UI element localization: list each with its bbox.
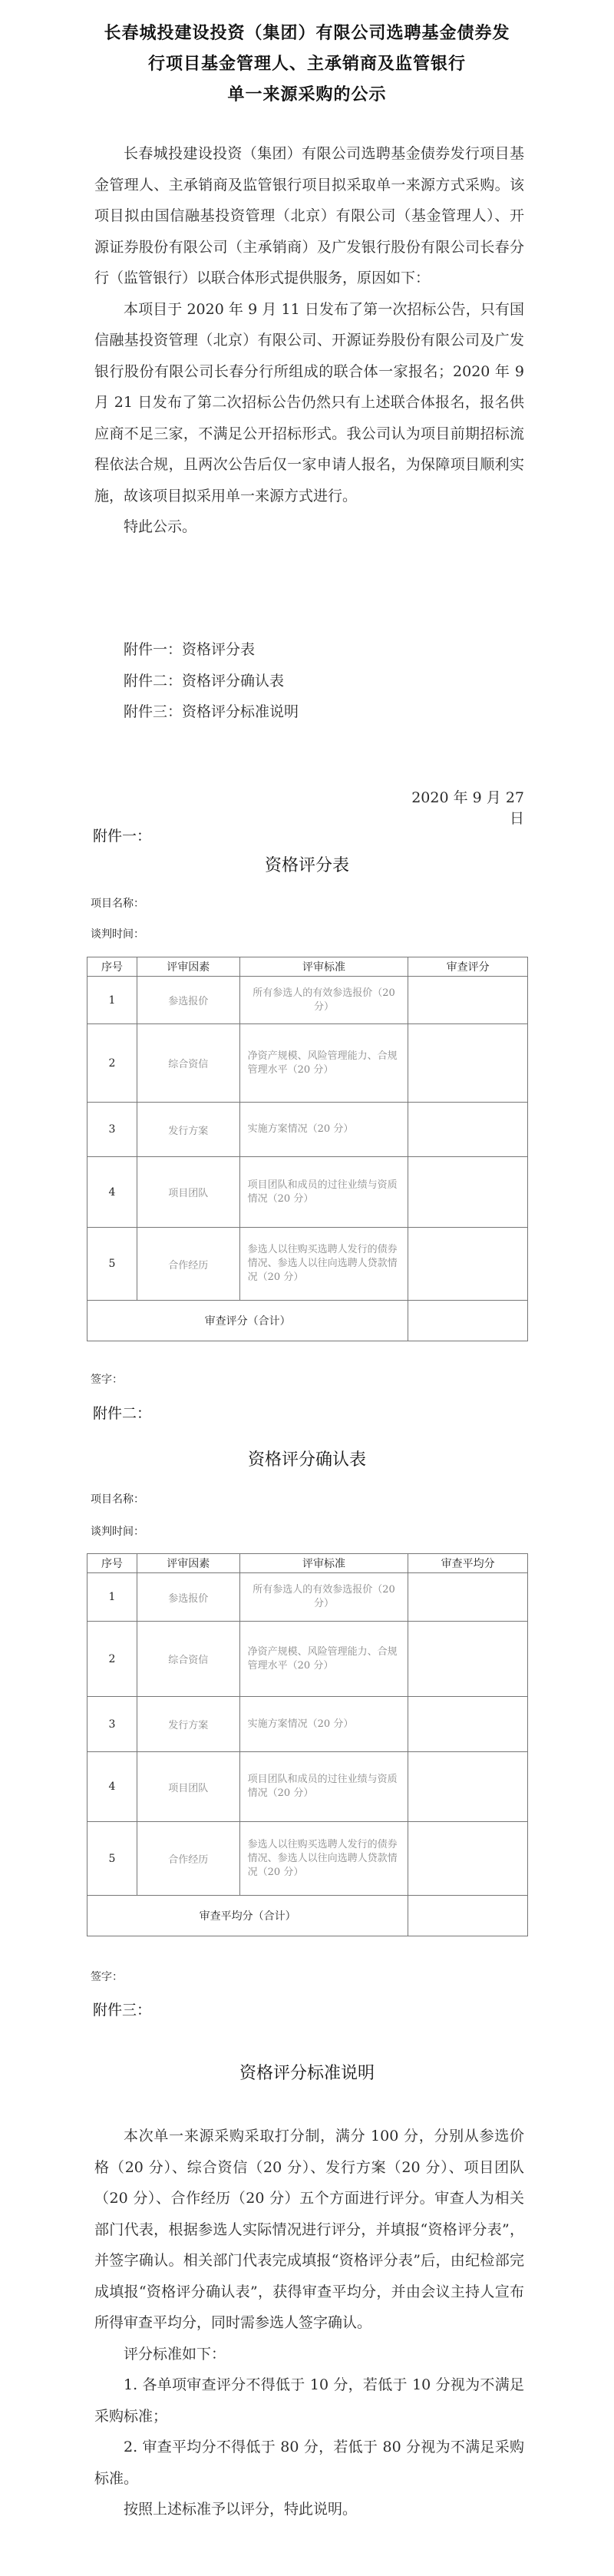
- standard-paragraph-1: 本次单一来源采购采取打分制，满分 100 分，分别从参选价格（20 分）、综合资…: [94, 2121, 524, 2339]
- notice-title-line-1: 长春城投建设投资（集团）有限公司选聘基金债券发: [0, 20, 614, 44]
- standard-rule-2: 2. 审查平均分不得低于 80 分，若低于 80 分视为不满足采购标准。: [94, 2432, 524, 2494]
- notice-title-line-3: 单一来源采购的公示: [0, 81, 614, 105]
- attachment-list-item-1: 附件一：资格评分表: [124, 634, 299, 666]
- row-index: 4: [87, 1752, 137, 1822]
- notice-body: 长春城投建设投资（集团）有限公司选聘基金债券发行项目基金管理人、主承销商及监管银…: [94, 138, 524, 543]
- row-average-cell[interactable]: [408, 1822, 528, 1896]
- row-score-cell[interactable]: [408, 1103, 528, 1157]
- row-criteria: 实施方案情况（20 分）: [239, 1697, 408, 1752]
- row-factor: 综合资信: [137, 1024, 239, 1103]
- column-header-score: 审查评分: [408, 957, 528, 977]
- attachment1-negotiation-time-label: 谈判时间：: [91, 926, 144, 941]
- table-row: 4 项目团队 项目团队和成员的过往业绩与资质情况（20 分）: [87, 1752, 528, 1822]
- row-criteria: 净资产规模、风险管理能力、合规管理水平（20 分）: [239, 1622, 408, 1697]
- table-row: 3 发行方案 实施方案情况（20 分）: [87, 1697, 528, 1752]
- notice-paragraph-1: 长春城投建设投资（集团）有限公司选聘基金债券发行项目基金管理人、主承销商及监管银…: [94, 138, 524, 294]
- column-header-average-score: 审查平均分: [408, 1554, 528, 1573]
- row-index: 3: [87, 1697, 137, 1752]
- standard-paragraph-2: 评分标准如下：: [94, 2339, 524, 2370]
- attachment2-title: 资格评分确认表: [0, 1447, 614, 1470]
- table-row: 5 合作经历 参选人以往购买选聘人发行的债券情况、参选人以往向选聘人贷款情况（2…: [87, 1228, 528, 1301]
- table-row: 1 参选报价 所有参选人的有效参选报价（20 分）: [87, 977, 528, 1024]
- table-row: 5 合作经历 参选人以往购买选聘人发行的债券情况、参选人以往向选聘人贷款情况（2…: [87, 1822, 528, 1896]
- table-row: 4 项目团队 项目团队和成员的过往业绩与资质情况（20 分）: [87, 1157, 528, 1228]
- table-row: 3 发行方案 实施方案情况（20 分）: [87, 1103, 528, 1157]
- row-factor: 综合资信: [137, 1622, 239, 1697]
- row-index: 2: [87, 1024, 137, 1103]
- row-criteria: 所有参选人的有效参选报价（20 分）: [239, 1573, 408, 1622]
- total-label: 审查评分（合计）: [87, 1301, 408, 1341]
- total-label: 审查平均分（合计）: [87, 1896, 408, 1936]
- row-average-cell[interactable]: [408, 1697, 528, 1752]
- row-index: 1: [87, 1573, 137, 1622]
- row-criteria: 参选人以往购买选聘人发行的债券情况、参选人以往向选聘人贷款情况（20 分）: [239, 1228, 408, 1301]
- row-criteria: 净资产规模、风险管理能力、合规管理水平（20 分）: [239, 1024, 408, 1103]
- row-score-cell[interactable]: [408, 1157, 528, 1228]
- column-header-factor: 评审因素: [137, 1554, 239, 1573]
- row-index: 5: [87, 1822, 137, 1896]
- row-index: 3: [87, 1103, 137, 1157]
- total-score-cell[interactable]: [408, 1301, 528, 1341]
- scoring-table: 序号 评审因素 评审标准 审查评分 1 参选报价 所有参选人的有效参选报价（20…: [87, 957, 528, 1341]
- attachment1-label: 附件一：: [93, 825, 151, 845]
- column-header-index: 序号: [87, 1554, 137, 1573]
- total-average-cell[interactable]: [408, 1896, 528, 1936]
- attachment1-title: 资格评分表: [0, 852, 614, 876]
- attachment2-label: 附件二：: [93, 1402, 151, 1423]
- standard-rule-1: 1. 各单项审查评分不得低于 10 分，若低于 10 分视为不满足采购标准；: [94, 2369, 524, 2432]
- row-criteria: 参选人以往购买选聘人发行的债券情况、参选人以往向选聘人贷款情况（20 分）: [239, 1822, 408, 1896]
- row-score-cell[interactable]: [408, 1024, 528, 1103]
- row-factor: 合作经历: [137, 1228, 239, 1301]
- attachment1-sign-label: 签字：: [91, 1371, 123, 1387]
- attachment3-title: 资格评分标准说明: [0, 2060, 614, 2084]
- row-average-cell[interactable]: [408, 1622, 528, 1697]
- row-factor: 参选报价: [137, 977, 239, 1024]
- attachment2-sign-label: 签字：: [91, 1969, 123, 1984]
- row-index: 5: [87, 1228, 137, 1301]
- table-total-row: 审查平均分（合计）: [87, 1896, 528, 1936]
- row-score-cell[interactable]: [408, 1228, 528, 1301]
- column-header-criteria: 评审标准: [239, 957, 408, 977]
- row-factor: 参选报价: [137, 1573, 239, 1622]
- row-criteria: 项目团队和成员的过往业绩与资质情况（20 分）: [239, 1157, 408, 1228]
- row-index: 2: [87, 1622, 137, 1697]
- attachment-list: 附件一：资格评分表 附件二：资格评分确认表 附件三：资格评分标准说明: [124, 634, 299, 728]
- row-factor: 合作经历: [137, 1822, 239, 1896]
- row-average-cell[interactable]: [408, 1752, 528, 1822]
- row-factor: 项目团队: [137, 1752, 239, 1822]
- row-average-cell[interactable]: [408, 1573, 528, 1622]
- row-score-cell[interactable]: [408, 977, 528, 1024]
- table-header-row: 序号 评审因素 评审标准 审查评分: [87, 957, 528, 977]
- attachment3-body: 本次单一来源采购采取打分制，满分 100 分，分别从参选价格（20 分）、综合资…: [94, 2121, 524, 2525]
- attachment-list-item-2: 附件二：资格评分确认表: [124, 666, 299, 697]
- table-row: 1 参选报价 所有参选人的有效参选报价（20 分）: [87, 1573, 528, 1622]
- row-index: 1: [87, 977, 137, 1024]
- attachment2-project-name-label: 项目名称：: [91, 1491, 144, 1506]
- column-header-index: 序号: [87, 957, 137, 977]
- column-header-factor: 评审因素: [137, 957, 239, 977]
- row-factor: 项目团队: [137, 1157, 239, 1228]
- table-header-row: 序号 评审因素 评审标准 审查平均分: [87, 1554, 528, 1573]
- attachment1-project-name-label: 项目名称：: [91, 895, 144, 911]
- standard-closing: 按照上述标准予以评分，特此说明。: [94, 2494, 524, 2525]
- column-header-criteria: 评审标准: [239, 1554, 408, 1573]
- row-factor: 发行方案: [137, 1697, 239, 1752]
- row-index: 4: [87, 1157, 137, 1228]
- notice-paragraph-3: 特此公示。: [94, 511, 524, 543]
- table-row: 2 综合资信 净资产规模、风险管理能力、合规管理水平（20 分）: [87, 1622, 528, 1697]
- attachment-list-item-3: 附件三：资格评分标准说明: [124, 696, 299, 728]
- table-total-row: 审查评分（合计）: [87, 1301, 528, 1341]
- row-criteria: 实施方案情况（20 分）: [239, 1103, 408, 1157]
- notice-title-line-2: 行项目基金管理人、主承销商及监管银行: [0, 51, 614, 74]
- notice-paragraph-2: 本项目于 2020 年 9 月 11 日发布了第一次招标公告，只有国信融基投资管…: [94, 294, 524, 512]
- row-criteria: 项目团队和成员的过往业绩与资质情况（20 分）: [239, 1752, 408, 1822]
- notice-date: 2020 年 9 月 27 日: [399, 786, 524, 828]
- table-row: 2 综合资信 净资产规模、风险管理能力、合规管理水平（20 分）: [87, 1024, 528, 1103]
- attachment3-label: 附件三：: [93, 1999, 151, 2019]
- attachment2-negotiation-time-label: 谈判时间：: [91, 1523, 144, 1539]
- confirmation-table: 序号 评审因素 评审标准 审查平均分 1 参选报价 所有参选人的有效参选报价（2…: [87, 1553, 528, 1936]
- row-factor: 发行方案: [137, 1103, 239, 1157]
- row-criteria: 所有参选人的有效参选报价（20 分）: [239, 977, 408, 1024]
